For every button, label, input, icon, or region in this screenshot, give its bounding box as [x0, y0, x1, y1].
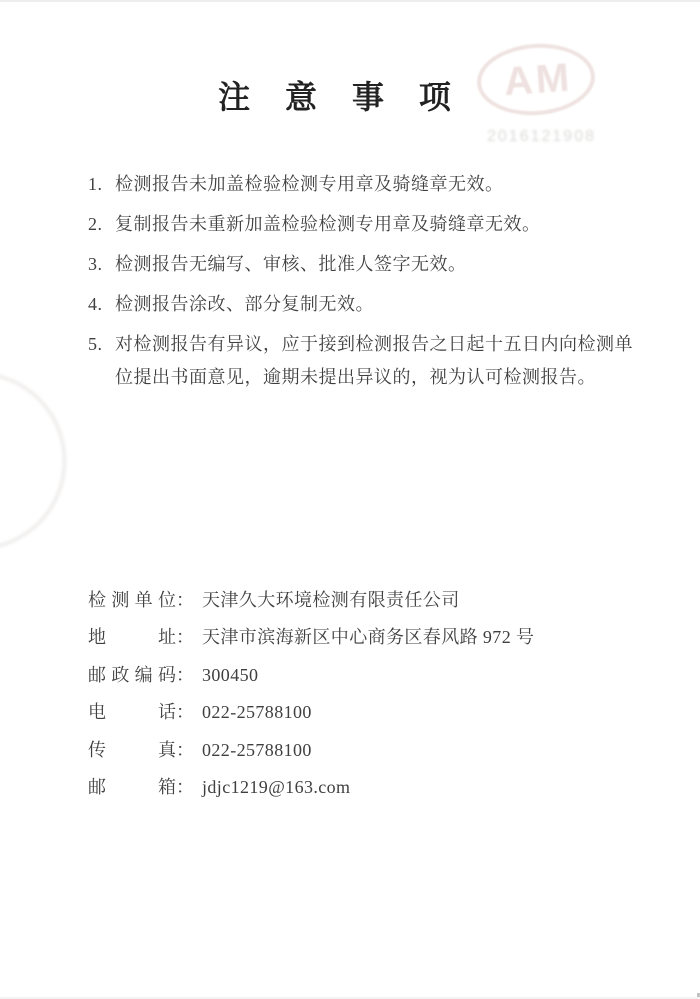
contact-colon: ：: [176, 657, 194, 694]
notice-item-5: 5.对检测报告有异议，应于接到检测报告之日起十五日内向检测单位提出书面意见，逾期…: [88, 328, 636, 394]
contact-row-postcode: 邮政编码：300450: [88, 657, 648, 694]
notice-item-number: 2.: [88, 208, 115, 241]
notice-item-1: 1.检测报告未加盖检验检测专用章及骑缝章无效。: [88, 168, 636, 201]
contact-row-unit: 检测单位：天津久大环境检测有限责任公司: [88, 582, 648, 619]
notice-item-text: 对检测报告有异议，应于接到检测报告之日起十五日内向检测单位提出书面意见，逾期未提…: [115, 334, 633, 387]
contact-row-fax: 传真：022-25788100: [88, 732, 648, 769]
testing-unit-value: 天津久大环境检测有限责任公司: [202, 590, 460, 610]
address-value: 天津市滨海新区中心商务区春风路 972 号: [202, 627, 534, 647]
contact-label: 邮政编码: [88, 657, 176, 694]
notice-item-number: 3.: [88, 248, 115, 281]
notice-item-4: 4.检测报告涂改、部分复制无效。: [88, 288, 636, 321]
contact-label: 传真: [88, 732, 176, 769]
notice-list: 1.检测报告未加盖检验检测专用章及骑缝章无效。 2.复制报告未重新加盖检验检测专…: [88, 168, 636, 401]
contact-row-address: 地址：天津市滨海新区中心商务区春风路 972 号: [88, 619, 648, 656]
contact-colon: ：: [176, 582, 194, 619]
notice-item-number: 4.: [88, 288, 115, 321]
contact-colon: ：: [176, 769, 194, 806]
contact-row-phone: 电话：022-25788100: [88, 694, 648, 731]
contact-label: 地址: [88, 619, 176, 656]
notice-item-text: 检测报告未加盖检验检测专用章及骑缝章无效。: [115, 174, 504, 194]
partial-round-stamp: [0, 372, 66, 550]
contact-label: 邮箱: [88, 769, 176, 806]
cma-stamp-serial: 2016121908: [487, 128, 596, 146]
notice-item-3: 3.检测报告无编写、审核、批准人签字无效。: [88, 248, 636, 281]
fax-value: 022-25788100: [202, 740, 312, 760]
contact-colon: ：: [176, 694, 194, 731]
contact-colon: ：: [176, 619, 194, 656]
notice-item-2: 2.复制报告未重新加盖检验检测专用章及骑缝章无效。: [88, 208, 636, 241]
notice-item-number: 1.: [88, 168, 115, 201]
notice-item-text: 检测报告涂改、部分复制无效。: [115, 294, 374, 314]
contact-label: 电话: [88, 694, 176, 731]
phone-value: 022-25788100: [202, 702, 312, 722]
email-value: jdjc1219@163.com: [202, 777, 350, 797]
contact-row-email: 邮箱：jdjc1219@163.com: [88, 769, 648, 806]
scan-edge-top: [0, 0, 700, 2]
contact-info-block: 检测单位：天津久大环境检测有限责任公司 地址：天津市滨海新区中心商务区春风路 9…: [88, 582, 648, 806]
contact-label: 检测单位: [88, 582, 176, 619]
notice-item-text: 复制报告未重新加盖检验检测专用章及骑缝章无效。: [115, 214, 541, 234]
contact-colon: ：: [176, 732, 194, 769]
notice-item-text: 检测报告无编写、审核、批准人签字无效。: [115, 254, 467, 274]
notice-item-number: 5.: [88, 328, 115, 361]
postcode-value: 300450: [202, 665, 258, 685]
scanned-document-page: AM 2016121908 注 意 事 项 1.检测报告未加盖检验检测专用章及骑…: [0, 0, 700, 999]
page-title: 注 意 事 项: [0, 80, 691, 115]
